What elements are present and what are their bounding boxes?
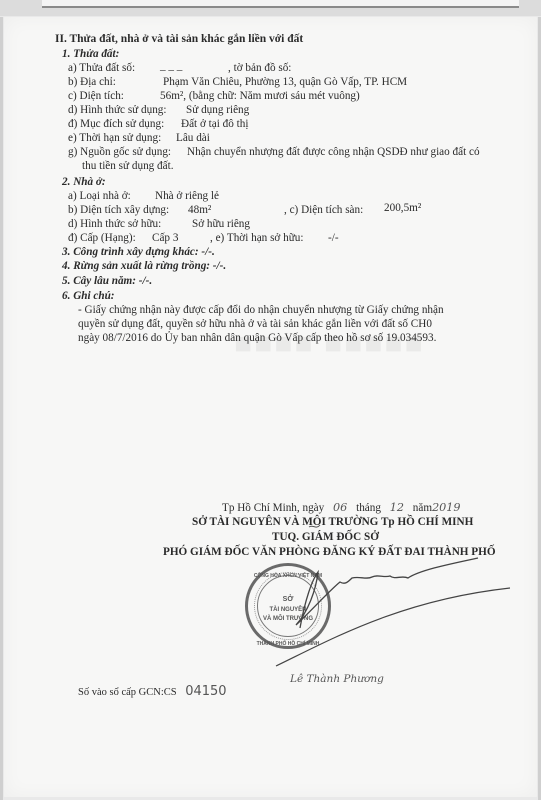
handwritten-signature-icon	[0, 0, 541, 800]
register-number: 04150	[185, 684, 226, 699]
register-label: Số vào sổ cấp GCN:	[78, 687, 164, 698]
signer-name: Lê Thành Phương	[290, 672, 384, 687]
gcn-register-number: Số vào sổ cấp GCN:CS 04150	[78, 685, 227, 701]
register-prefix: CS	[164, 687, 177, 698]
